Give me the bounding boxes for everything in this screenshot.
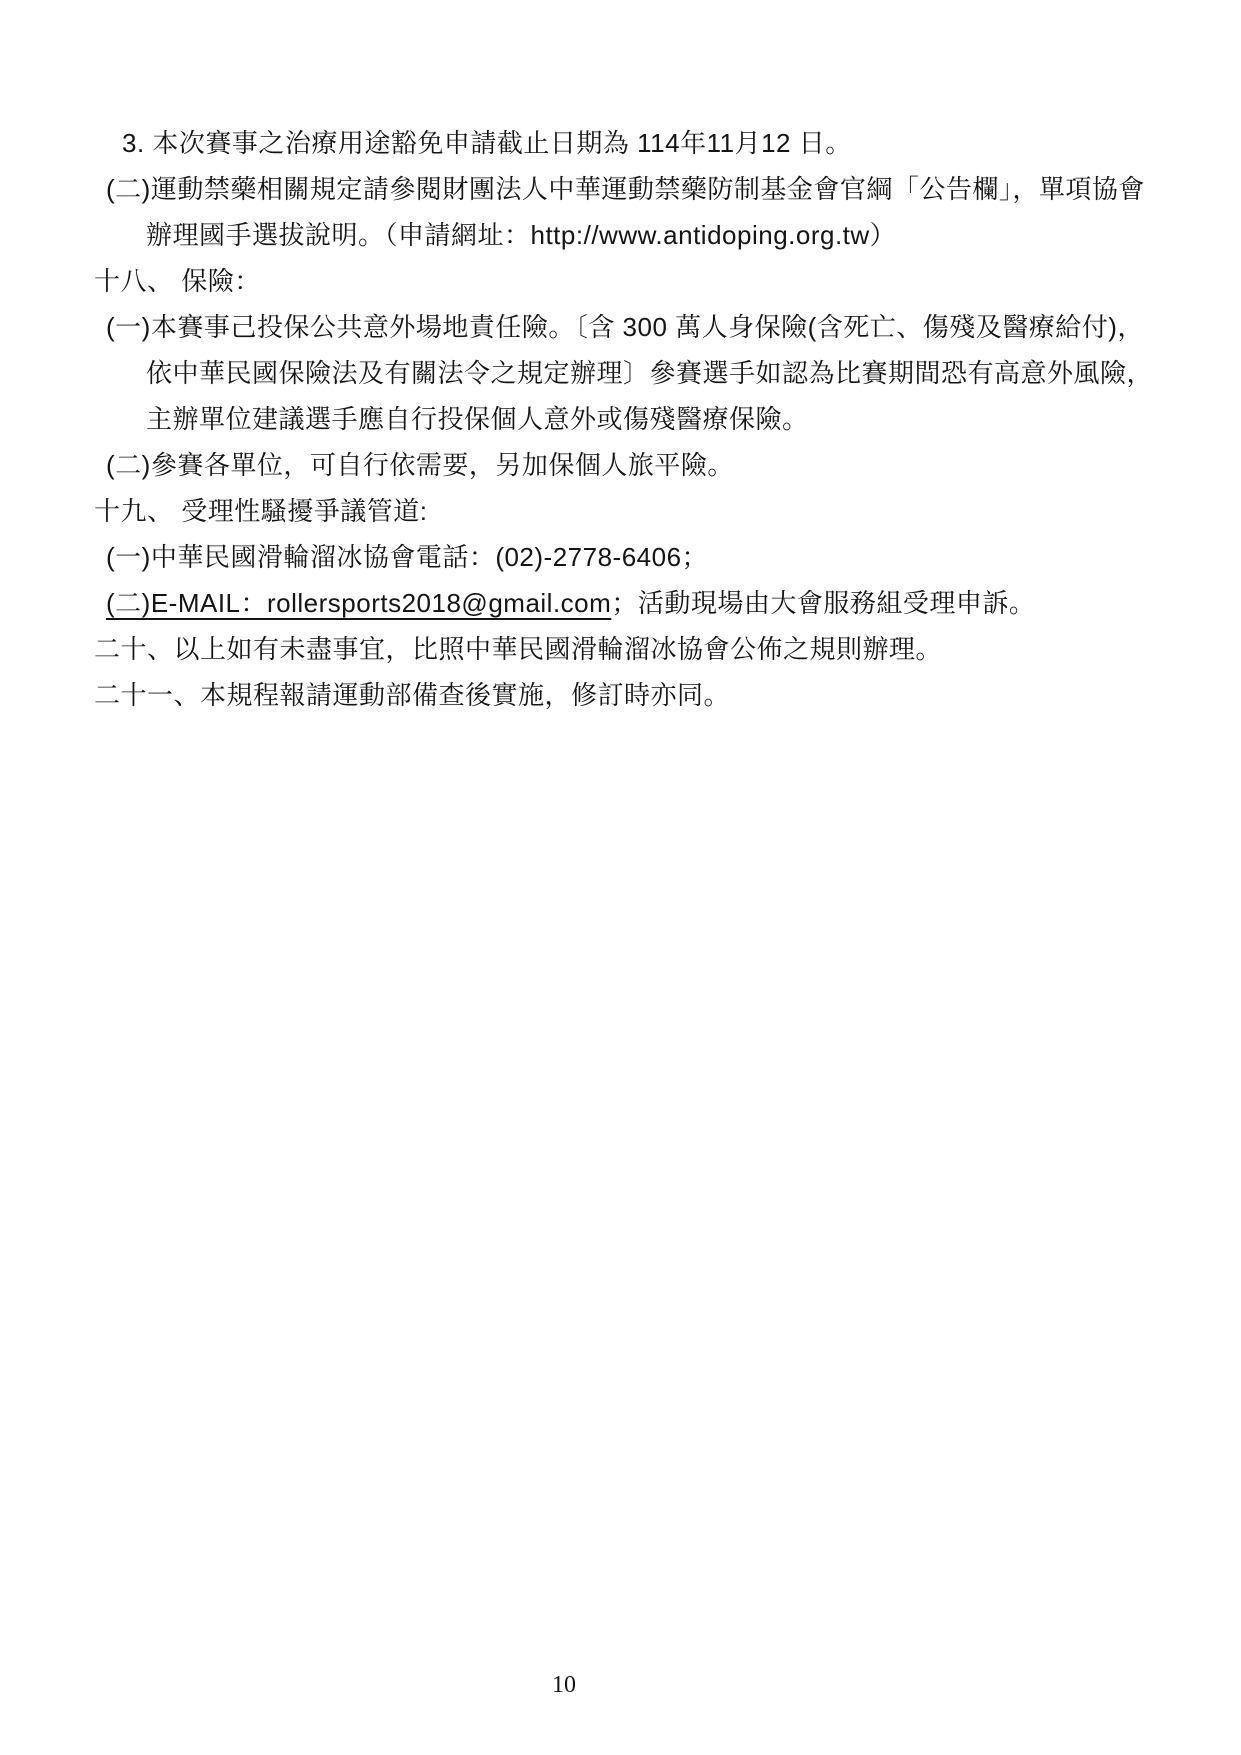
doc-line-text: (一)本賽事己投保公共意外場地責任險。〔含 300 萬人身保險(含死亡、傷殘及醫… [106,312,1144,342]
doc-line-text: 主辦單位建議選手應自行投保個人意外或傷殘醫療保險。 [146,404,809,434]
document-body: 3. 本次賽事之治療用途豁免申請截止日期為 114年11月12 日。(二)運動禁… [0,120,1241,718]
doc-line-8: (二)參賽各單位，可自行依需要，另加保個人旅平險。 [0,442,1241,488]
doc-line-5: (一)本賽事己投保公共意外場地責任險。〔含 300 萬人身保險(含死亡、傷殘及醫… [0,304,1241,350]
doc-line-1: 3. 本次賽事之治療用途豁免申請截止日期為 114年11月12 日。 [0,120,1241,166]
doc-line-10: (一)中華民國滑輪溜冰協會電話：(02)-2778-6406； [0,534,1241,580]
doc-line-text: 十八、 保險： [94,266,261,296]
doc-line-text: 辦理國手選拔說明。（申請網址：http://www.antidoping.org… [146,220,896,250]
doc-line-12: 二十、以上如有未盡事宜，比照中華民國滑輪溜冰協會公佈之規則辦理。 [0,626,1241,672]
doc-line-11: (二)E-MAIL：rollersports2018@gmail.com；活動現… [0,580,1241,626]
doc-line-text: 3. 本次賽事之治療用途豁免申請截止日期為 114年11月12 日。 [122,128,852,158]
doc-line-text: 二十一、本規程報請運動部備查後實施，修訂時亦同。 [94,680,730,710]
doc-line-2: (二)運動禁藥相關規定請參閱財團法人中華運動禁藥防制基金會官綱「公告欄」，單項協… [0,166,1241,212]
doc-line-7: 主辦單位建議選手應自行投保個人意外或傷殘醫療保險。 [0,396,1241,442]
doc-line-text: 十九、 受理性騷擾爭議管道: [94,496,427,526]
doc-line-4: 十八、 保險： [0,258,1241,304]
doc-line-9: 十九、 受理性騷擾爭議管道: [0,488,1241,534]
doc-line-text: (二)運動禁藥相關規定請參閱財團法人中華運動禁藥防制基金會官綱「公告欄」，單項協… [106,174,1145,204]
doc-line-text: (一)中華民國滑輪溜冰協會電話：(02)-2778-6406； [106,542,708,572]
doc-line-3: 辦理國手選拔說明。（申請網址：http://www.antidoping.org… [0,212,1241,258]
doc-line-6: 依中華民國保險法及有關法令之規定辦理〕參賽選手如認為比賽期間恐有高意外風險， [0,350,1241,396]
doc-line-underlined-text: (二)E-MAIL：rollersports2018@gmail.com [106,588,611,618]
document-page: 3. 本次賽事之治療用途豁免申請截止日期為 114年11月12 日。(二)運動禁… [0,0,1241,1755]
doc-line-text: ；活動現場由大會服務組受理申訴。 [611,588,1035,618]
doc-line-text: 二十、以上如有未盡事宜，比照中華民國滑輪溜冰協會公佈之規則辦理。 [94,634,942,664]
page-number: 10 [552,1672,576,1699]
doc-line-text: 依中華民國保險法及有關法令之規定辦理〕參賽選手如認為比賽期間恐有高意外風險， [146,358,1153,388]
doc-line-text: (二)參賽各單位，可自行依需要，另加保個人旅平險。 [106,450,734,480]
doc-line-13: 二十一、本規程報請運動部備查後實施，修訂時亦同。 [0,672,1241,718]
